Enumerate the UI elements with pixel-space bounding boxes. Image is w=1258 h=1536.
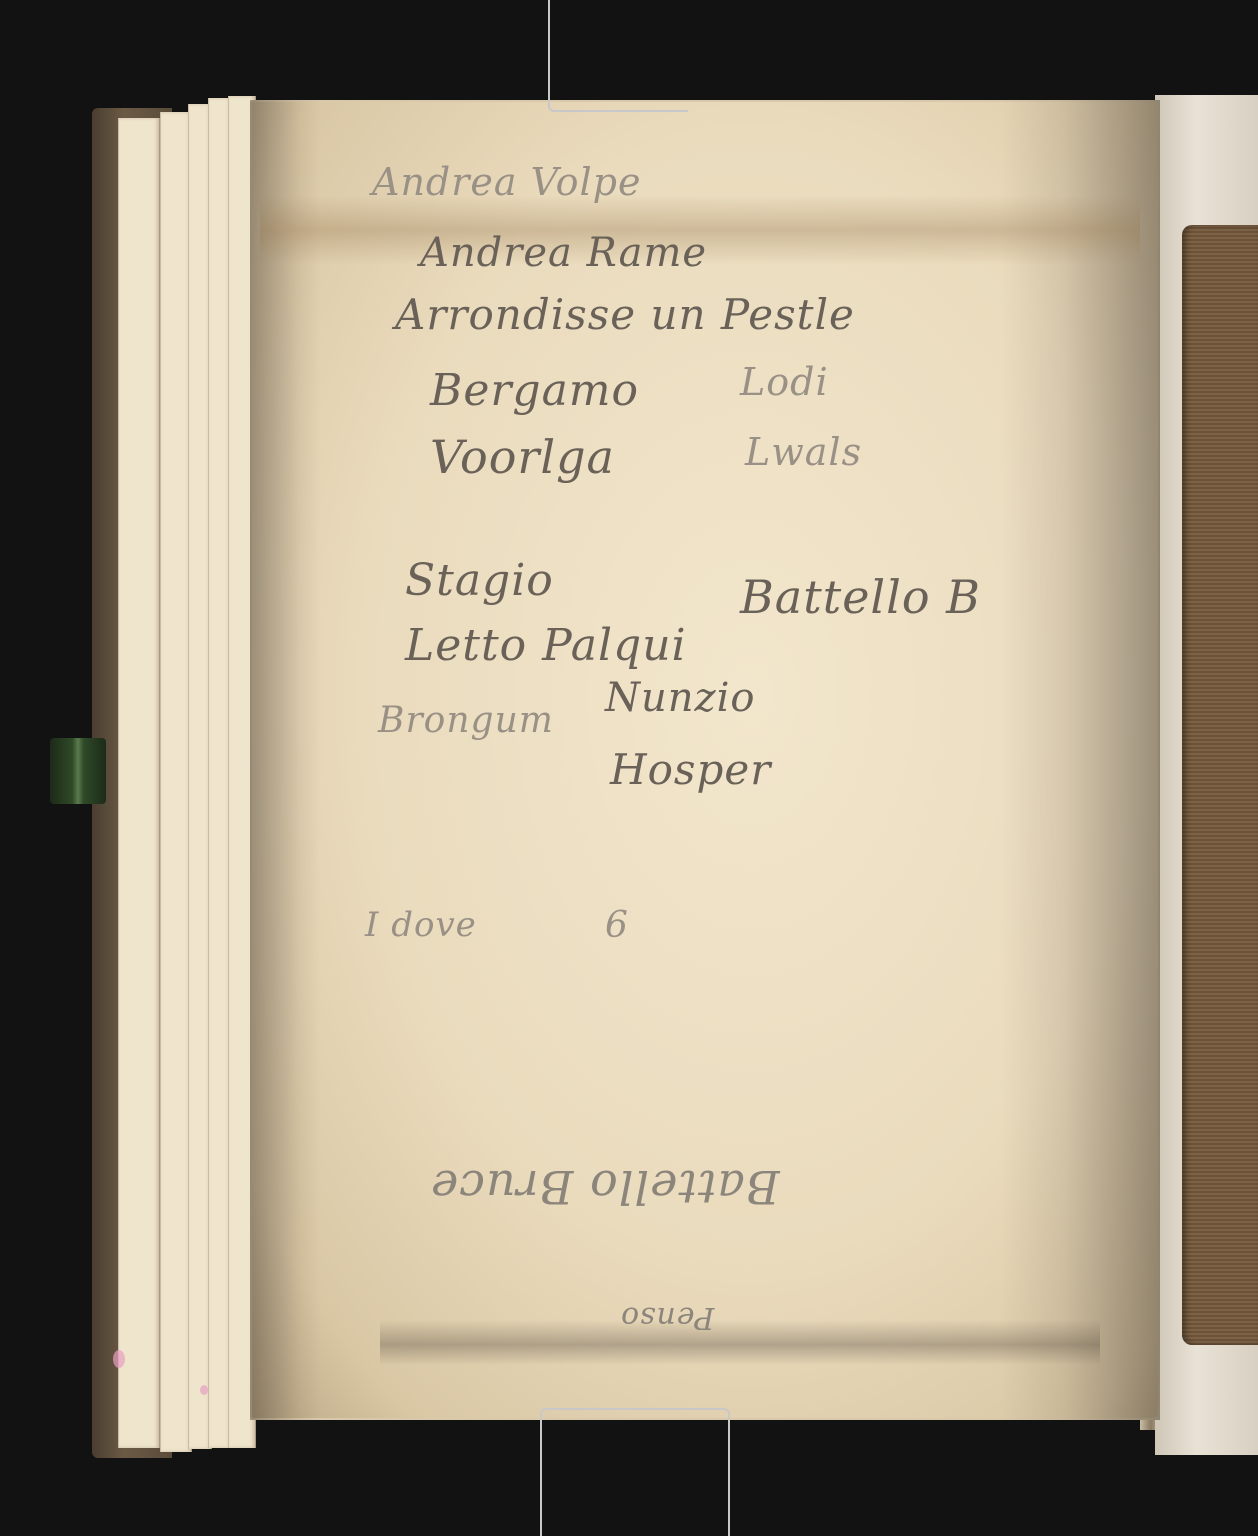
handwriting-line: Brongum: [378, 700, 554, 741]
handwriting-line: Battello B: [740, 570, 981, 624]
handwriting-line: Arrondisse un Pestle: [395, 290, 855, 339]
offset-handwriting-mirrored: Penso: [620, 1300, 714, 1335]
wire-clip-bottom: [540, 1408, 730, 1536]
bottom-smudge: [380, 1320, 1100, 1365]
offset-handwriting-mirrored: Battello Bruce: [430, 1160, 780, 1214]
handwriting-line: Stagio: [405, 555, 554, 606]
handwriting-line: Lodi: [740, 360, 829, 404]
handwriting-line: Letto Palqui: [405, 620, 687, 671]
handwriting-line: Andrea Rame: [420, 230, 707, 276]
handwriting-line: Bergamo: [430, 365, 639, 416]
pink-mark: [200, 1385, 208, 1395]
handwriting-line: I dove: [365, 905, 477, 945]
handwriting-line: Hosper: [610, 745, 771, 794]
page-edge: [118, 118, 160, 1448]
elastic-band: [50, 738, 106, 804]
handwriting-line: Voorlga: [430, 430, 615, 484]
cloth-pastedown: [1182, 225, 1258, 1345]
handwriting-line: 6: [605, 905, 629, 946]
handwriting-line: Lwals: [745, 430, 862, 474]
handwriting-line: Nunzio: [605, 675, 755, 721]
handwriting-line: Andrea Volpe: [372, 160, 641, 204]
pink-mark: [113, 1350, 125, 1368]
wire-clip-top: [548, 0, 688, 112]
